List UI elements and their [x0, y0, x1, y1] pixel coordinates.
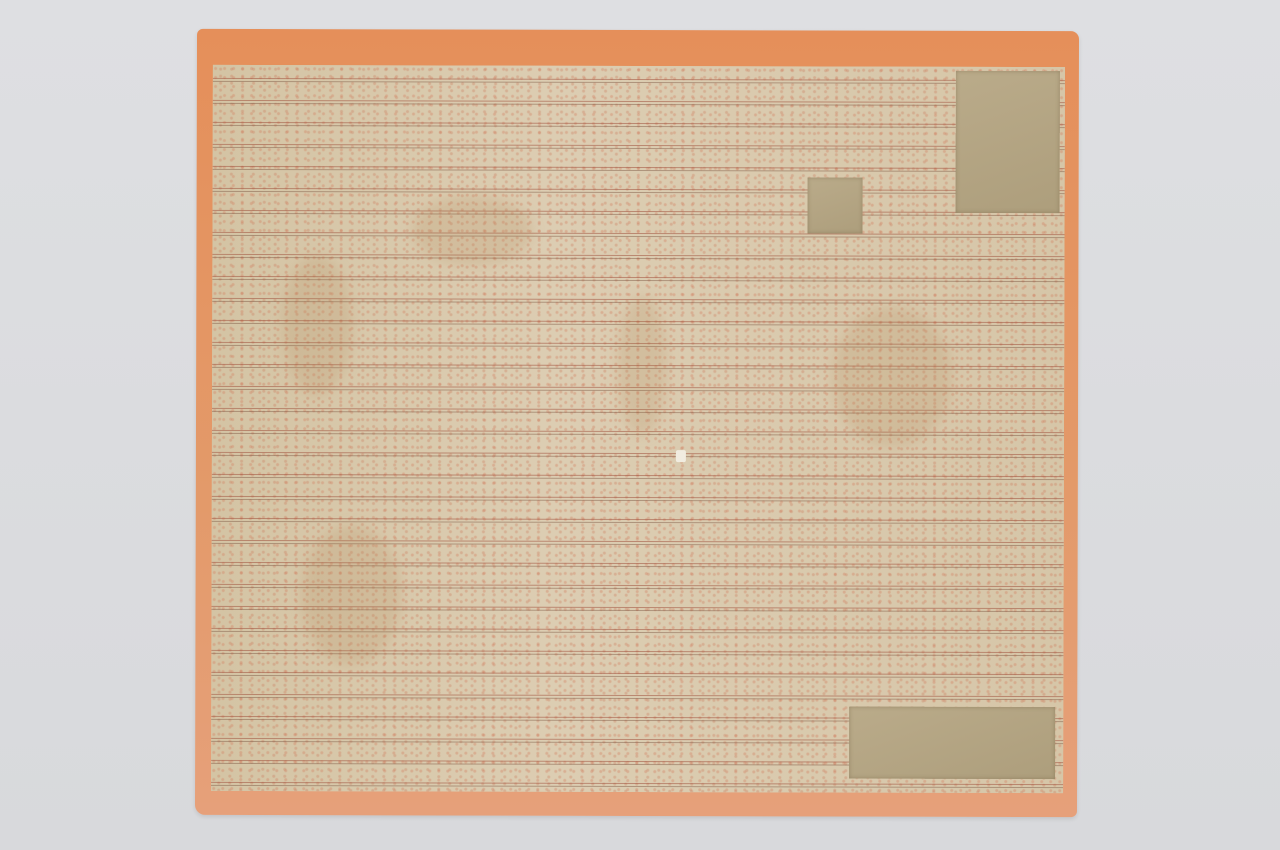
stain [617, 296, 667, 436]
bottom-right-patch [849, 707, 1055, 780]
stain [282, 255, 352, 395]
top-right-corner-patch [956, 71, 1060, 213]
small-square-patch [807, 177, 862, 233]
quilt-field [211, 65, 1065, 793]
quilt: antique quilt photographed flat on a lig… [195, 29, 1079, 817]
stain [412, 195, 532, 265]
tear [676, 450, 686, 462]
stain [832, 307, 952, 447]
stain [301, 525, 401, 665]
